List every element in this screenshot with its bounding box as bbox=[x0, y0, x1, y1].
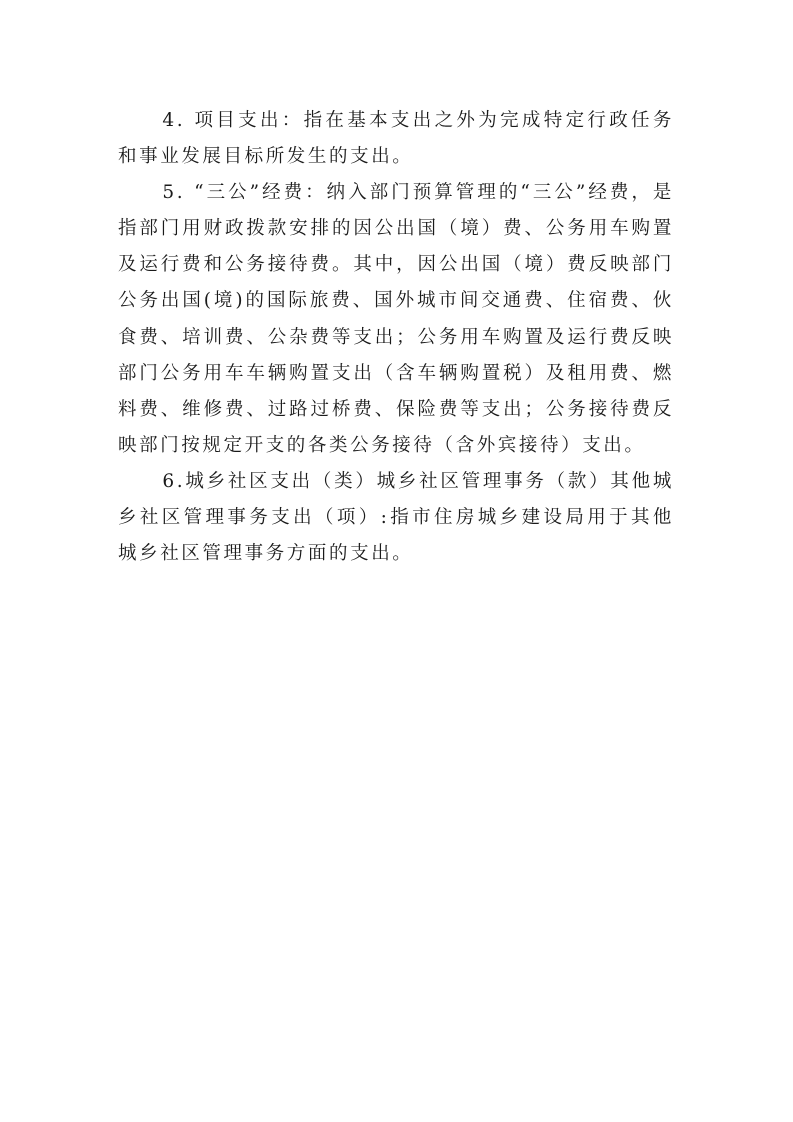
document-page: 4. 项目支出：指在基本支出之外为完成特定行政任务和事业发展目标所发生的支出。 … bbox=[118, 103, 674, 572]
paragraph-three-public-expenses: 5. “三公”经费：纳入部门预算管理的“三公”经费，是指部门用财政拨款安排的因公… bbox=[118, 175, 674, 464]
paragraph-project-expenditure: 4. 项目支出：指在基本支出之外为完成特定行政任务和事业发展目标所发生的支出。 bbox=[118, 103, 674, 175]
paragraph-urban-rural-community-expenditure: 6.城乡社区支出（类）城乡社区管理事务（款）其他城乡社区管理事务支出（项）:指市… bbox=[118, 464, 674, 572]
